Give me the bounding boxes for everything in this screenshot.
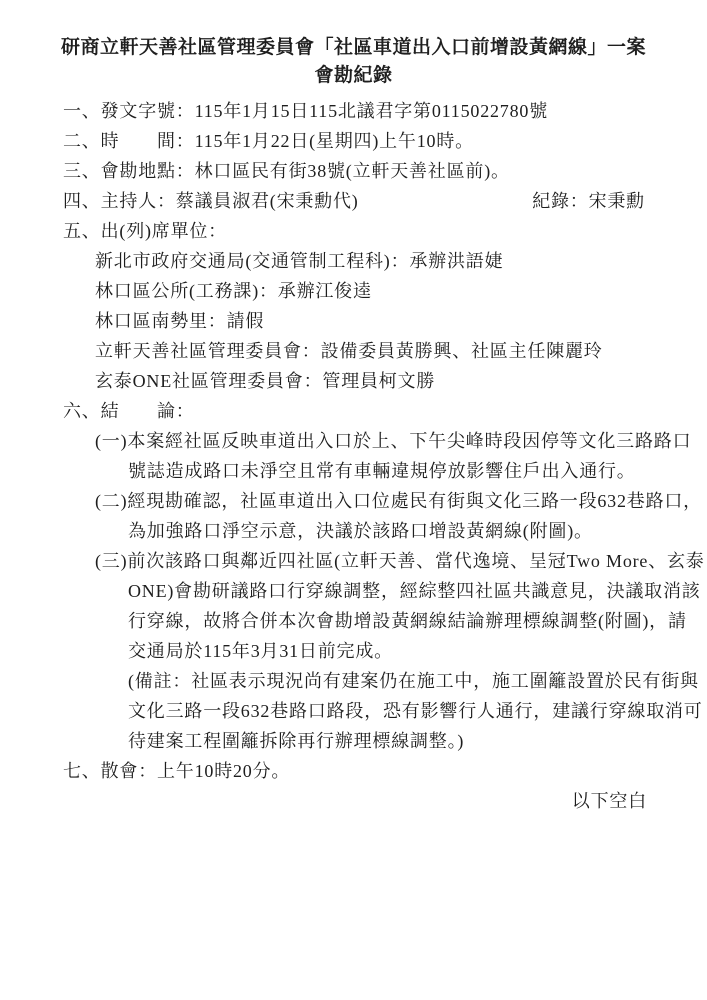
document-title-line1: 研商立軒天善社區管理委員會「社區車道出入口前增設黃網線」一案 bbox=[0, 34, 707, 62]
line-remark-c: 待建案工程圍籬拆除再行辦理標線調整。) bbox=[128, 726, 707, 756]
line-conclusion-1b: 號誌造成路口未淨空且常有車輛違規停放影響住戶出入通行。 bbox=[128, 456, 707, 486]
line-conclusion-3d: 交通局於115年3月31日前完成。 bbox=[128, 636, 707, 666]
host-text: 四、主持人：蔡議員淑君(宋秉勳代) bbox=[63, 186, 359, 216]
document-title: 研商立軒天善社區管理委員會「社區車道出入口前增設黃網線」一案 會勘紀錄 bbox=[0, 34, 707, 90]
line-attendees-header: 五、出(列)席單位： bbox=[63, 216, 707, 246]
line-meeting-location: 三、會勘地點：林口區民有街38號(立軒天善社區前)。 bbox=[63, 156, 707, 186]
document-title-line2: 會勘紀錄 bbox=[0, 62, 707, 90]
line-blank-below: 以下空白 bbox=[0, 786, 647, 816]
document-body: 一、發文字號：115年1月15日115北議君字第0115022780號 二、時 … bbox=[0, 96, 707, 816]
line-adjournment: 七、散會：上午10時20分。 bbox=[63, 756, 707, 786]
meeting-record-document: 研商立軒天善社區管理委員會「社區車道出入口前增設黃網線」一案 會勘紀錄 一、發文… bbox=[0, 0, 707, 1000]
line-remark-a: (備註：社區表示現況尚有建案仍在施工中，施工圍籬設置於民有街與 bbox=[128, 666, 707, 696]
line-conclusion-3b: ONE)會勘研議路口行穿線調整，經綜整四社區共識意見，決議取消該 bbox=[128, 576, 707, 606]
line-conclusion-1a: (一)本案經社區反映車道出入口於上、下午尖峰時段因停等文化三路路口 bbox=[95, 426, 707, 456]
line-document-number: 一、發文字號：115年1月15日115北議君字第0115022780號 bbox=[63, 96, 707, 126]
line-attendee-village: 林口區南勢里：請假 bbox=[95, 306, 707, 336]
recorder-text: 紀錄：宋秉勳 bbox=[532, 186, 645, 216]
line-attendee-district-office: 林口區公所(工務課)：承辦江俊逵 bbox=[95, 276, 707, 306]
line-remark-b: 文化三路一段632巷路口路段，恐有影響行人通行，建議行穿線取消可 bbox=[128, 696, 707, 726]
line-meeting-time: 二、時 間：115年1月22日(星期四)上午10時。 bbox=[63, 126, 707, 156]
line-host-and-recorder: 四、主持人：蔡議員淑君(宋秉勳代) 紀錄：宋秉勳 bbox=[63, 186, 645, 216]
line-conclusion-3c: 行穿線，故將合併本次會勘增設黃網線結論辦理標線調整(附圖)，請 bbox=[128, 606, 707, 636]
line-conclusion-header: 六、結 論： bbox=[63, 396, 707, 426]
line-conclusion-2a: (二)經現勘確認，社區車道出入口位處民有街與文化三路一段632巷路口， bbox=[95, 486, 707, 516]
line-attendee-lixuan-committee: 立軒天善社區管理委員會：設備委員黃勝興、社區主任陳麗玲 bbox=[95, 336, 707, 366]
line-conclusion-2b: 為加強路口淨空示意，決議於該路口增設黃網線(附圖)。 bbox=[128, 516, 707, 546]
line-attendee-traffic-bureau: 新北市政府交通局(交通管制工程科)：承辦洪語婕 bbox=[95, 246, 707, 276]
line-attendee-xuantai-committee: 玄泰ONE社區管理委員會：管理員柯文勝 bbox=[95, 366, 707, 396]
line-conclusion-3a: (三)前次該路口與鄰近四社區(立軒天善、當代逸境、呈冠Two More、玄泰 bbox=[95, 546, 707, 576]
